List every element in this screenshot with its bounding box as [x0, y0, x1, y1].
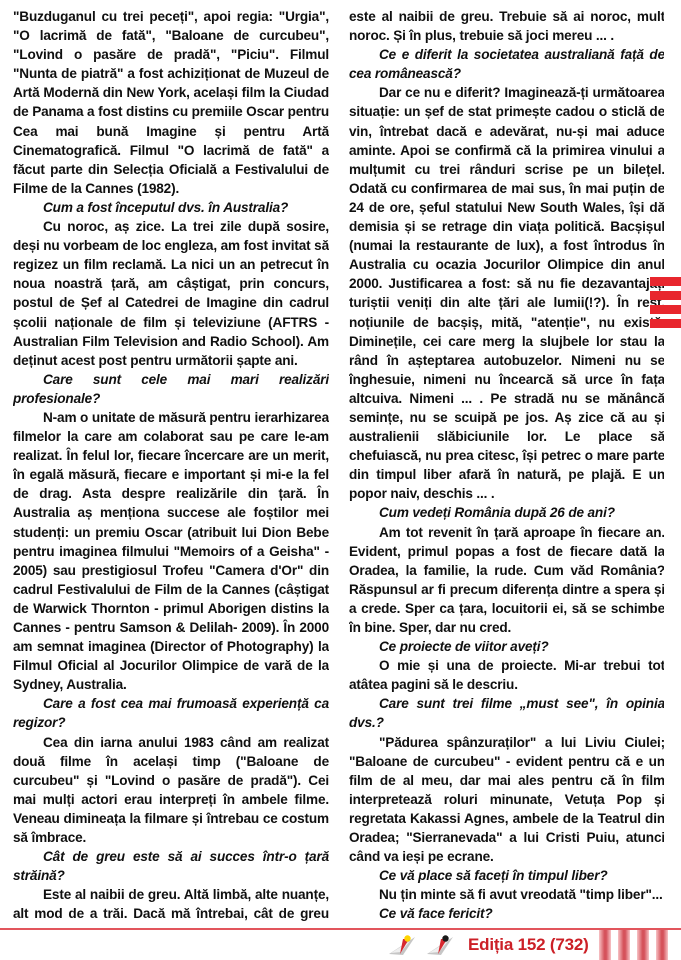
- magazine-page: "Buzduganul cu trei peceți", apoi regia:…: [0, 0, 681, 960]
- footer-bar: [637, 930, 649, 960]
- article-paragraph: Am tot revenit în țară aproape în fiecar…: [349, 523, 664, 638]
- interview-question: Ce vă face fericit?: [349, 904, 664, 922]
- interview-question: Care sunt cele mai mari realizări profes…: [13, 370, 329, 408]
- red-stripe: [650, 291, 681, 300]
- article-column-left: "Buzduganul cu trei peceți", apoi regia:…: [13, 7, 329, 922]
- red-stripes-marker: [650, 277, 681, 333]
- interview-question: Care a fost cea mai frumoasă experiență …: [13, 694, 329, 732]
- article-paragraph: N-am o unitate de măsură pentru ierarhiz…: [13, 408, 329, 694]
- interview-question: Ce vă place să faceți în timpul liber?: [349, 866, 664, 885]
- brand-logo-black-dot-icon: [426, 934, 456, 956]
- interview-question: Cum a fost începutul dvs. în Australia?: [13, 198, 329, 217]
- article-paragraph: "Buzduganul cu trei peceți", apoi regia:…: [13, 7, 329, 198]
- article-paragraph: Nu țin minte să fi avut vreodată "timp l…: [349, 885, 664, 904]
- article-paragraph: Dar ce nu e diferit? Imaginează-ți următ…: [349, 83, 664, 503]
- article-column-right: este al naibii de greu. Trebuie să ai no…: [349, 7, 664, 922]
- interview-question: Ce e diferit la societatea australiană f…: [349, 45, 664, 83]
- interview-question: Ce proiecte de viitor aveți?: [349, 637, 664, 656]
- footer-bars-decoration: [599, 930, 668, 960]
- article-paragraph: O mie și una de proiecte. Mi-ar trebui t…: [349, 656, 664, 694]
- edition-label: Ediția 152 (732): [468, 935, 589, 955]
- article-paragraph: este al naibii de greu. Trebuie să ai no…: [349, 7, 664, 45]
- article-paragraph: Cu noroc, aș zice. La trei zile după sos…: [13, 217, 329, 370]
- footer-bar: [618, 930, 630, 960]
- page-footer: Ediția 152 (732) 9: [0, 928, 681, 960]
- article-body: "Buzduganul cu trei peceți", apoi regia:…: [13, 7, 664, 922]
- footer-bar: [599, 930, 611, 960]
- article-paragraph: "Pădurea spânzuraților" a lui Liviu Ciul…: [349, 733, 664, 867]
- interview-question: Care sunt trei filme „must see", în opin…: [349, 694, 664, 732]
- article-paragraph: Cea din iarna anului 1983 când am realiz…: [13, 733, 329, 848]
- red-stripe: [650, 305, 681, 314]
- footer-bar: [656, 930, 668, 960]
- article-paragraph: Este al naibii de greu. Altă limbă, alte…: [13, 885, 329, 922]
- footer-content: Ediția 152 (732) 9: [388, 930, 673, 960]
- interview-question: Cum vedeți România după 26 de ani?: [349, 503, 664, 522]
- interview-question: Cât de greu este să ai succes într-o țar…: [13, 847, 329, 885]
- red-stripe: [650, 319, 681, 328]
- brand-logo-yellow-dot-icon: [388, 934, 418, 956]
- red-stripe: [650, 277, 681, 286]
